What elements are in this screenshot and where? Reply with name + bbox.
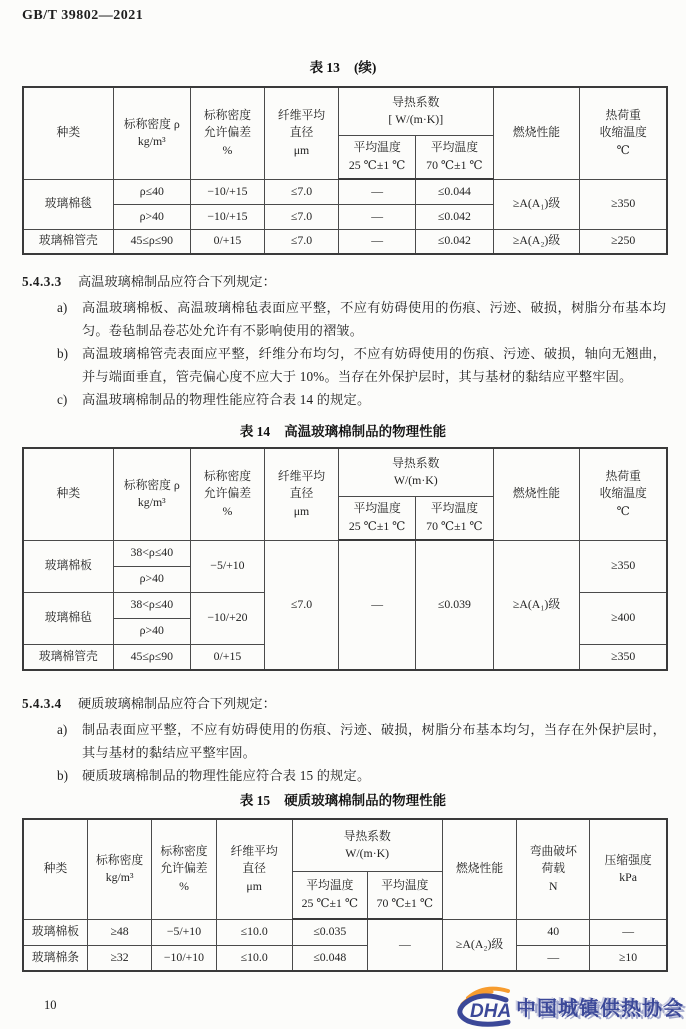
- table-cell: ≤7.0: [264, 179, 338, 204]
- list-item: c) 高温玻璃棉制品的物理性能应符合表 14 的规定。: [57, 388, 666, 411]
- section-number: 5.4.3.3: [22, 270, 78, 293]
- table-row: 玻璃棉板 ≥48 −5/+10 ≤10.0 ≤0.035 — ≥A(A₂)级 4…: [23, 919, 667, 945]
- table-cell: ≥A(A₁)级: [493, 540, 580, 670]
- table13-title-text: (续): [354, 60, 377, 75]
- table-cell: ≤10.0: [216, 919, 292, 945]
- table-header-cell: 燃烧性能: [493, 448, 580, 540]
- row-label: 玻璃棉管壳: [23, 229, 113, 254]
- table-row: 玻璃棉毯 ρ≤40 −10/+15 ≤7.0 — ≤0.044 ≥A(A₁)级 …: [23, 179, 667, 204]
- table-header-cell: 标称密度 允许偏差 %: [152, 819, 216, 919]
- svg-text:DHA: DHA: [470, 1001, 511, 1022]
- cdha-logo-icon: DHA: [450, 984, 524, 1028]
- table-header-cell: 种类: [23, 448, 113, 540]
- list-item-label: a): [57, 718, 82, 764]
- table-header-cell: 标称密度 ρ kg/m³: [113, 87, 190, 179]
- table-cell: ≤10.0: [216, 945, 292, 971]
- table15-title-text: 硬质玻璃棉制品的物理性能: [284, 793, 446, 808]
- table14-grid: 种类 标称密度 ρ kg/m³ 标称密度 允许偏差 % 纤维平均 直径 μm 导…: [22, 447, 668, 671]
- table-header-cell: 平均温度 25 ℃±1 ℃: [339, 496, 416, 540]
- table-cell: −10/+20: [190, 592, 264, 644]
- table-cell: ≥A(A₂)级: [442, 919, 517, 971]
- section-number: 5.4.3.4: [22, 692, 78, 715]
- list-item-label: a): [57, 296, 82, 342]
- table15-title-number: 表 15: [240, 793, 270, 808]
- table-header-cell: 种类: [23, 87, 113, 179]
- table-cell: ≥A(A₂)级: [493, 229, 580, 254]
- table-cell: ≤0.042: [416, 229, 493, 254]
- table-cell: —: [368, 919, 443, 971]
- table-header-cell: 燃烧性能: [442, 819, 517, 919]
- table-cell: —: [517, 945, 590, 971]
- table-cell: ρ≤40: [113, 179, 190, 204]
- list-item-label: b): [57, 764, 82, 787]
- table-header-cell: 平均温度 70 ℃±1 ℃: [416, 496, 493, 540]
- doc-code: GB/T 39802—2021: [22, 8, 143, 24]
- table-cell: ρ>40: [113, 204, 190, 229]
- table14-title-text: 高温玻璃棉制品的物理性能: [284, 424, 446, 439]
- list-item-text: 硬质玻璃棉制品的物理性能应符合表 15 的规定。: [82, 764, 666, 787]
- table14-title: 表 14高温玻璃棉制品的物理性能: [0, 420, 686, 440]
- table-header-cell: 标称密度 允许偏差 %: [190, 448, 264, 540]
- table-header-cell: 标称密度 kg/m³: [87, 819, 151, 919]
- section-5433: 5.4.3.3 高温玻璃棉制品应符合下列规定： a) 高温玻璃棉板、高温玻璃棉毡…: [22, 270, 666, 411]
- table-cell: —: [339, 204, 416, 229]
- list-item-text: 制品表面应平整，不应有妨碍使用的伤痕、污迹、破损，树脂分布基本均匀，当存在外保护…: [82, 718, 666, 764]
- table-cell: ≤7.0: [264, 229, 338, 254]
- table-cell: —: [590, 919, 667, 945]
- list-item-label: b): [57, 342, 82, 388]
- table-cell: —: [339, 540, 416, 670]
- table-header-cell: 导热系数 W/(m·K): [292, 819, 442, 871]
- list-item-text: 高温玻璃棉制品的物理性能应符合表 14 的规定。: [82, 388, 666, 411]
- list-item: a) 高温玻璃棉板、高温玻璃棉毡表面应平整，不应有妨碍使用的伤痕、污迹、破损，树…: [57, 296, 666, 342]
- table13: 种类 标称密度 ρ kg/m³ 标称密度 允许偏差 % 纤维平均 直径 μm 导…: [22, 86, 668, 255]
- table15: 种类 标称密度 kg/m³ 标称密度 允许偏差 % 纤维平均 直径 μm 导热系…: [22, 818, 668, 972]
- table15-title: 表 15硬质玻璃棉制品的物理性能: [0, 789, 686, 809]
- row-label: 玻璃棉毯: [23, 179, 113, 229]
- table-cell: 0/+15: [190, 229, 264, 254]
- table-cell: ≤0.039: [416, 540, 493, 670]
- table-header-cell: 燃烧性能: [493, 87, 580, 179]
- table-cell: ≥32: [87, 945, 151, 971]
- table-cell: ≥350: [580, 540, 667, 592]
- table-cell: 40: [517, 919, 590, 945]
- page-number: 10: [44, 998, 57, 1013]
- table-cell: ≥350: [580, 644, 667, 670]
- table-cell: 45≤ρ≤90: [113, 644, 190, 670]
- table-cell: ≤0.048: [292, 945, 367, 971]
- table-header-cell: 平均温度 70 ℃±1 ℃: [368, 871, 443, 919]
- table13-title-number: 表 13: [310, 60, 340, 75]
- table-cell: ≥A(A₁)级: [493, 179, 580, 229]
- watermark: DHA 中国城镇供热协会: [450, 984, 684, 1028]
- row-label: 玻璃棉板: [23, 919, 87, 945]
- table-header-cell: 压缩强度 kPa: [590, 819, 667, 919]
- table-cell: −10/+15: [190, 204, 264, 229]
- table-cell: ≥400: [580, 592, 667, 644]
- table-header-cell: 平均温度 70 ℃±1 ℃: [416, 135, 493, 179]
- table14: 种类 标称密度 ρ kg/m³ 标称密度 允许偏差 % 纤维平均 直径 μm 导…: [22, 447, 668, 671]
- list-item-text: 高温玻璃棉管壳表面应平整，纤维分布均匀，不应有妨碍使用的伤痕、污迹、破损，轴向无…: [82, 342, 666, 388]
- row-label: 玻璃棉管壳: [23, 644, 113, 670]
- table-header-cell: 种类: [23, 819, 87, 919]
- list-item: b) 高温玻璃棉管壳表面应平整，纤维分布均匀，不应有妨碍使用的伤痕、污迹、破损，…: [57, 342, 666, 388]
- table-cell: ≥48: [87, 919, 151, 945]
- table-cell: 38<ρ≤40: [113, 592, 190, 618]
- table-cell: −5/+10: [152, 919, 216, 945]
- list-item-label: c): [57, 388, 82, 411]
- table-header-cell: 标称密度 允许偏差 %: [190, 87, 264, 179]
- table-header-cell: 导热系数 W/(m·K): [339, 448, 494, 496]
- table-cell: ≤0.042: [416, 204, 493, 229]
- table-header-cell: 平均温度 25 ℃±1 ℃: [292, 871, 367, 919]
- row-label: 玻璃棉毡: [23, 592, 113, 644]
- table-cell: ≤7.0: [264, 540, 338, 670]
- table-cell: 38<ρ≤40: [113, 540, 190, 566]
- table-cell: —: [339, 229, 416, 254]
- table-header-cell: 纤维平均 直径 μm: [264, 87, 338, 179]
- table13-grid: 种类 标称密度 ρ kg/m³ 标称密度 允许偏差 % 纤维平均 直径 μm 导…: [22, 86, 668, 255]
- row-label: 玻璃棉板: [23, 540, 113, 592]
- table-header-cell: 标称密度 ρ kg/m³: [113, 448, 190, 540]
- table13-title: 表 13(续): [0, 56, 686, 76]
- list-item: a) 制品表面应平整，不应有妨碍使用的伤痕、污迹、破损，树脂分布基本均匀，当存在…: [57, 718, 666, 764]
- table-cell: ρ>40: [113, 566, 190, 592]
- table-row: 玻璃棉板 38<ρ≤40 −5/+10 ≤7.0 — ≤0.039 ≥A(A₁)…: [23, 540, 667, 566]
- table-cell: 45≤ρ≤90: [113, 229, 190, 254]
- table-header-cell: 弯曲破坏 荷载 N: [517, 819, 590, 919]
- table-header-cell: 热荷重 收缩温度 ℃: [580, 448, 667, 540]
- table-cell: −10/+10: [152, 945, 216, 971]
- table14-title-number: 表 14: [240, 424, 270, 439]
- table-cell: ≥10: [590, 945, 667, 971]
- table-cell: —: [339, 179, 416, 204]
- table-header-cell: 纤维平均 直径 μm: [216, 819, 292, 919]
- table-header-cell: 导热系数 [ W/(m·K)]: [339, 87, 494, 135]
- watermark-org-name: 中国城镇供热协会: [516, 992, 684, 1021]
- table-cell: ≥350: [580, 179, 667, 229]
- list-item: b) 硬质玻璃棉制品的物理性能应符合表 15 的规定。: [57, 764, 666, 787]
- list-item-text: 高温玻璃棉板、高温玻璃棉毡表面应平整，不应有妨碍使用的伤痕、污迹、破损，树脂分布…: [82, 296, 666, 342]
- table-header-cell: 热荷重 收缩温度 ℃: [580, 87, 667, 179]
- table-header-cell: 纤维平均 直径 μm: [264, 448, 338, 540]
- table-cell: 0/+15: [190, 644, 264, 670]
- table-cell: −10/+15: [190, 179, 264, 204]
- section-5434: 5.4.3.4 硬质玻璃棉制品应符合下列规定： a) 制品表面应平整，不应有妨碍…: [22, 692, 666, 787]
- section-heading: 硬质玻璃棉制品应符合下列规定：: [78, 692, 666, 715]
- table-cell: ρ>40: [113, 618, 190, 644]
- section-heading: 高温玻璃棉制品应符合下列规定：: [78, 270, 666, 293]
- table-cell: ≤0.035: [292, 919, 367, 945]
- table-row: 玻璃棉管壳 45≤ρ≤90 0/+15 ≤7.0 — ≤0.042 ≥A(A₂)…: [23, 229, 667, 254]
- table-header-cell: 平均温度 25 ℃±1 ℃: [339, 135, 416, 179]
- table-row: 玻璃棉条 ≥32 −10/+10 ≤10.0 ≤0.048 — ≥10: [23, 945, 667, 971]
- table-cell: −5/+10: [190, 540, 264, 592]
- table-cell: ≥250: [580, 229, 667, 254]
- table-cell: ≤7.0: [264, 204, 338, 229]
- table-cell: ≤0.044: [416, 179, 493, 204]
- table15-grid: 种类 标称密度 kg/m³ 标称密度 允许偏差 % 纤维平均 直径 μm 导热系…: [22, 818, 668, 972]
- row-label: 玻璃棉条: [23, 945, 87, 971]
